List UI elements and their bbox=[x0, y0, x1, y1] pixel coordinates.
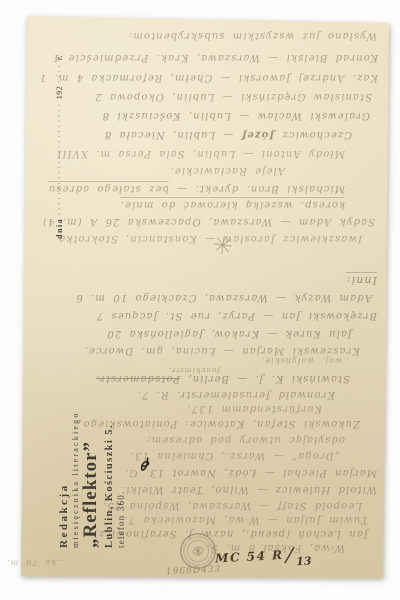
letterhead-redakcja: Redakcja bbox=[58, 390, 70, 548]
shelfmark-number: 13 bbox=[296, 554, 312, 568]
shelfmark-code: MC 54 R bbox=[215, 548, 284, 566]
star-doodle-icon bbox=[212, 234, 235, 257]
letterhead-monthly: miesięcznika literackiego bbox=[71, 390, 80, 548]
handwriting-line: odsyłając utwory pod adresem: bbox=[160, 434, 345, 445]
date-suffix: r. bbox=[55, 55, 64, 60]
handwriting-line: Stawiński K. J. — Berlin, Potsdamerstr. bbox=[75, 373, 350, 384]
handwriting-line: koresp. wszelką kierować do mnie. bbox=[95, 199, 345, 210]
letterhead-telephone: telefon 360. bbox=[116, 390, 126, 548]
handwriting-line: Gralewski Wacław — Lublin, Kościuszki 8 bbox=[85, 110, 370, 121]
handwriting-line: Adam Ważyk — Warszawa, Czackiego 10 m. 6 bbox=[85, 292, 372, 303]
handwriting-line: Aleje Racławickie. bbox=[200, 165, 285, 176]
letterhead: Redakcja miesięcznika literackiego „Refl… bbox=[58, 390, 126, 548]
handwriting-line: Leopold Staff — Warszawa, Wspólna 25. bbox=[140, 500, 362, 511]
handwriting-line: Kraszewski Marjan — Łucina, gm. Dworce, bbox=[70, 345, 360, 356]
pen-flourish-icon bbox=[134, 455, 153, 476]
shelfmark-annotation: MC 54 R/13 bbox=[214, 539, 311, 568]
handwriting-line: Młody Antoni — Lublin, Sala Persa m. XVI… bbox=[90, 148, 345, 159]
handwriting-line: Czechowicz Józef — Lublin, Niecała 8 bbox=[95, 129, 352, 140]
shelfmark-slash: / bbox=[286, 542, 295, 566]
handwriting-line: Michalski Bron. dyrekt. — bez stałego ad… bbox=[55, 183, 345, 194]
date-dots2: ···· bbox=[55, 63, 64, 84]
date-year: 192 bbox=[55, 86, 64, 100]
handwriting-line: Jalu Kurek — Kraków, Jagiellońska 20 bbox=[85, 328, 352, 339]
handwriting-line: Sadyk Adam — Warszawa, Opaczewska 26 A (… bbox=[55, 216, 375, 227]
handwriting-line: Witold Hulewicz — Wilno, Teatr Wielki. bbox=[140, 484, 377, 495]
letterhead-address: Lublin, Kościuszki 5. bbox=[104, 390, 115, 548]
handwriting-line: Tuwim Juljan — W-wa, Mazowiecka 7. bbox=[140, 514, 368, 525]
handwriting-line: Inni: bbox=[339, 274, 377, 287]
handwriting-line: Marjan Piechal — Łódź, Nawrot 13. G. bbox=[140, 467, 377, 478]
handwriting-line: Kronwald Jerusalemerstr. R. 7. bbox=[155, 389, 335, 400]
date-dots: ······················ bbox=[55, 102, 64, 216]
printed-date-line: dnia ······················ 192 ···· r. bbox=[55, 44, 64, 239]
scanned-letter-page: Wysłano już wszystkim subskrybentom:Konr… bbox=[0, 0, 400, 600]
handwriting-line: Kurfürstendamm 137. bbox=[168, 403, 322, 414]
handwriting-line: Wysłano już wszystkim subskrybentom: bbox=[115, 30, 377, 41]
handwriting-line: Stanisław Grędziński — Lublin, Okopowa 2 bbox=[80, 91, 372, 102]
handwriting-line: „Droga” — Warsz., Chmielna 13. bbox=[172, 450, 340, 461]
date-prefix: dnia bbox=[55, 218, 64, 239]
handwriting-line: Brzękowski Jan — Paryż, rue St. Jacques … bbox=[75, 310, 377, 321]
handwriting-line: Iwaszkiewicz Jarosław — Konstancin, Stok… bbox=[45, 233, 362, 244]
handwriting-line: Konrad Bielski — Warszawa, Krak. Przedmi… bbox=[50, 52, 378, 63]
handwriting-line: Żukowski Stefan, Katowice: Poniatowskieg… bbox=[130, 418, 360, 429]
handwriting-line: Kaz. Andrzej Jaworski — Chełm, Reformack… bbox=[55, 72, 378, 83]
handwriting-line: …ka 76 m. 53. bbox=[20, 558, 65, 567]
handwriting-line: woj. wołyńskie. bbox=[280, 356, 342, 365]
letterhead-reflektor-title: „Reflektor” bbox=[80, 390, 102, 548]
